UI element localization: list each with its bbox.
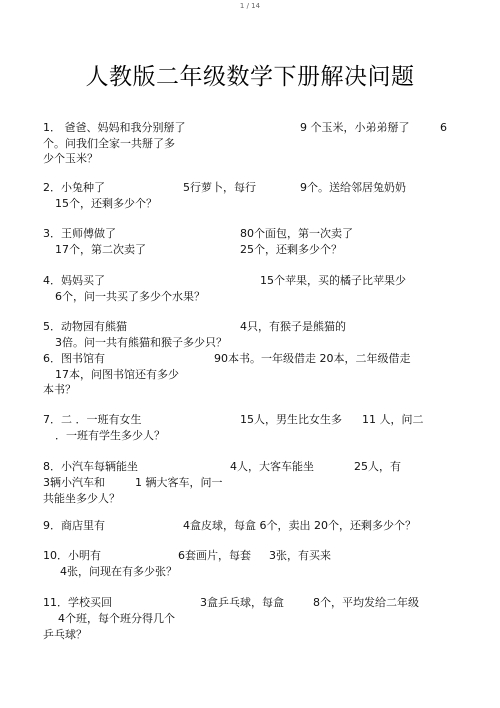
problem-text-segment: 4张，问现在有多少张？	[60, 565, 177, 579]
problem-text-segment: 3盒乒乓球，每盒	[200, 596, 284, 610]
problem-text-segment: 3．王师傅做了	[43, 227, 116, 241]
problem-text-segment: 2．小兔种了	[43, 181, 105, 195]
problem-text-segment: 6	[440, 121, 447, 135]
problem-text-segment: 共能坐多少人？	[43, 492, 120, 506]
problem-text-segment: 1 辆大客车，问一	[135, 476, 223, 490]
problem-text-segment: 1． 爸爸、妈妈和我分别掰了	[43, 121, 186, 135]
problem-text-segment: 9个。送给邻居兔奶奶	[300, 181, 406, 195]
problem-text-segment: ．一班有学生多少人？	[55, 429, 165, 443]
problem-text-segment: 5行萝卜，每行	[183, 181, 256, 195]
problem-text-segment: 5．动物园有熊猫	[43, 320, 127, 334]
problem-text-segment: 7．二 ．一班有女生	[43, 413, 142, 427]
problem-text-segment: 9 个玉米，小弟弟掰了	[300, 121, 410, 135]
problem-text-segment: 少个玉米？	[43, 152, 98, 166]
problem-text-segment: 3倍。问一共有熊猫和猴子多少只？	[55, 336, 227, 350]
problem-text-segment: 15人，男生比女生多	[240, 413, 342, 427]
page-title: 人教版二年级数学下册解决问题	[0, 62, 500, 92]
problem-text-segment: 90本书。一年级借走 20本，二年级借走	[214, 352, 411, 366]
problem-text-segment: 80个面包，第一次卖了	[240, 227, 353, 241]
problem-text-segment: 4只，有猴子是熊猫的	[240, 320, 346, 334]
page-counter: 1 / 14	[0, 0, 500, 12]
problem-text-segment: 11 人，问二	[362, 413, 424, 427]
problem-text-segment: 4个班，每个班分得几个	[58, 612, 175, 626]
problem-text-segment: 8．小汽车每辆能坐	[43, 460, 138, 474]
problem-text-segment: 9．商店里有	[43, 519, 105, 533]
problem-text-segment: 6．图书馆有	[43, 352, 105, 366]
problem-text-segment: 25人，有	[354, 460, 401, 474]
problem-text-segment: 3张，有买来	[269, 549, 331, 563]
problem-text-segment: 6套画片，每套	[178, 549, 251, 563]
problem-text-segment: 17本，问图书馆还有多少	[55, 368, 179, 382]
problem-text-segment: 17个，第二次卖了	[55, 243, 146, 257]
problem-text-segment: 乒乓球？	[43, 628, 87, 642]
problem-text-segment: 10．小明有	[43, 549, 101, 563]
problem-text-segment: 4盒皮球，每盒 6个，卖出 20个，还剩多少个？	[183, 519, 416, 533]
problem-text-segment: 11．学校买回	[43, 596, 112, 610]
problem-text-segment: 本书？	[43, 383, 76, 397]
problem-text-segment: 15个苹果，买的橘子比苹果少	[260, 274, 406, 288]
problem-text-segment: 6个，问一共买了多少个水果？	[55, 290, 205, 304]
problem-text-segment: 4．妈妈买了	[43, 274, 105, 288]
problem-text-segment: 4人，大客车能坐	[230, 460, 314, 474]
problem-text-segment: 8个，平均发给二年级	[313, 596, 419, 610]
problem-text-segment: 3辆小汽车和	[43, 476, 105, 490]
problem-text-segment: 25个，还剩多少个？	[240, 243, 342, 257]
problem-text-segment: 15个，还剩多少个？	[55, 197, 157, 211]
problem-text-segment: 个。问我们全家一共掰了多	[43, 137, 175, 151]
